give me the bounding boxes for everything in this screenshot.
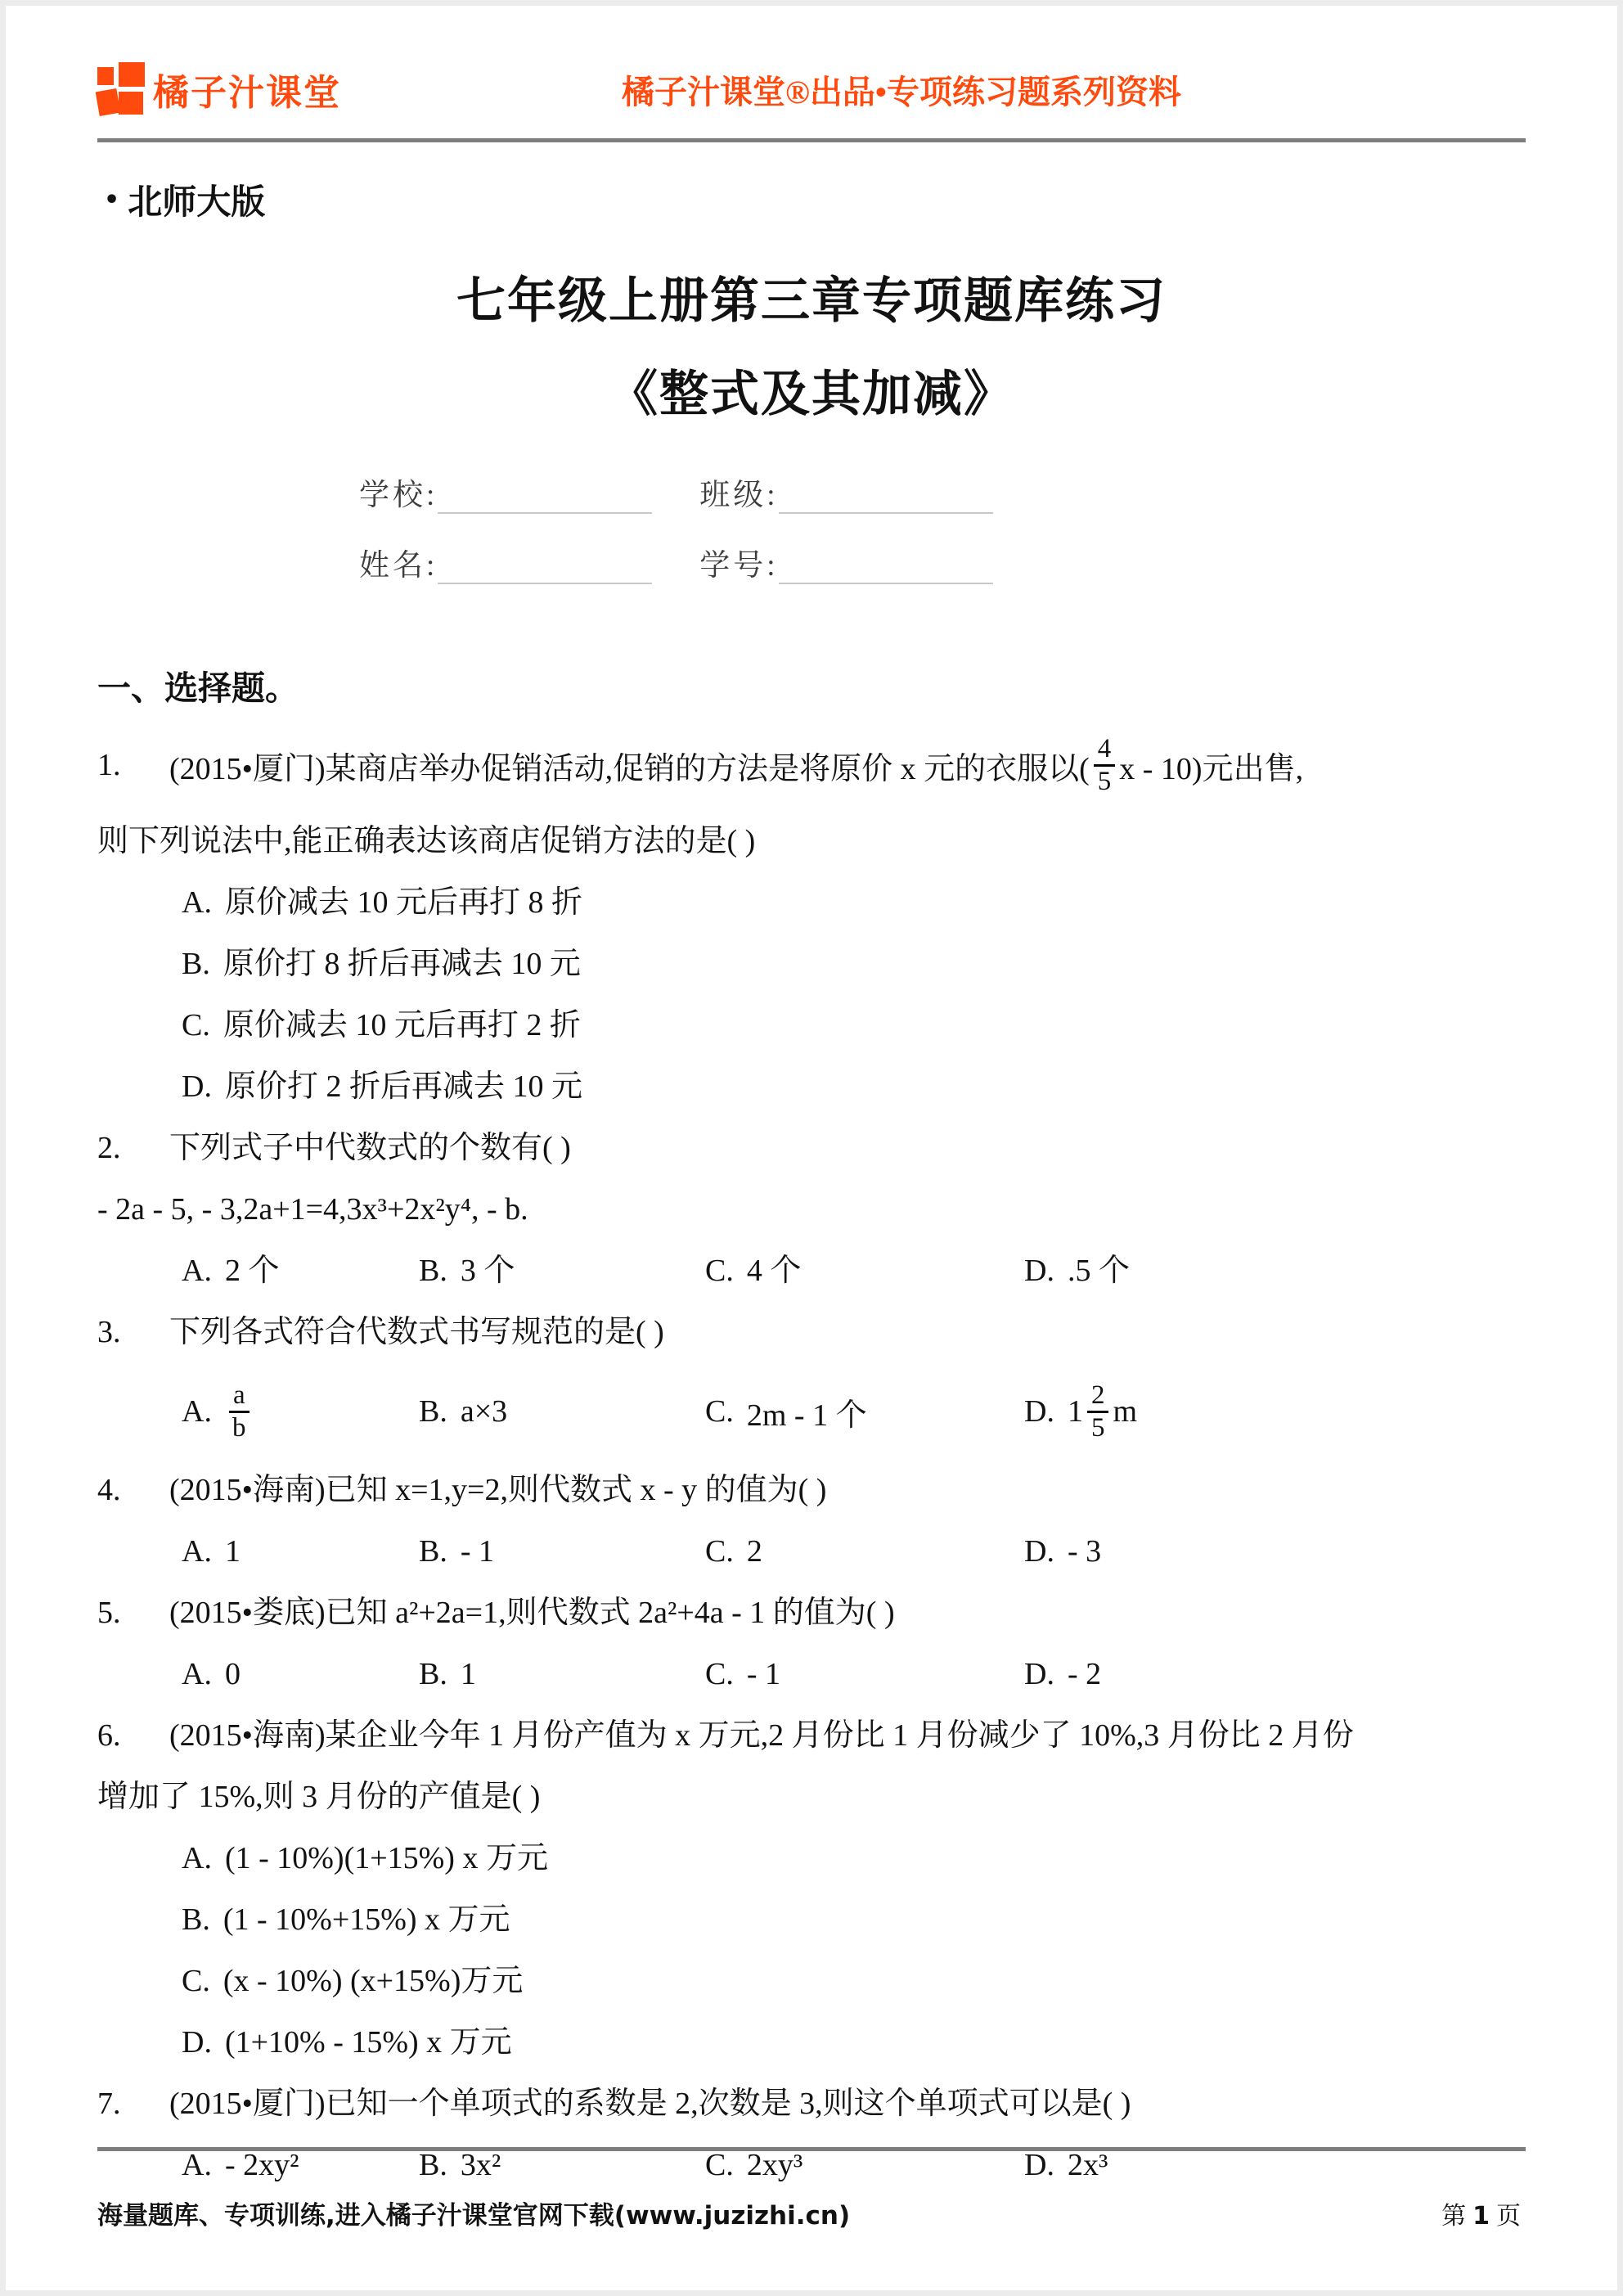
option-text: 原价减去 10 元后再打 2 折 <box>223 1008 581 1042</box>
question-7-option-d: D.2x³ <box>1024 2135 1108 2196</box>
option-label: B. <box>419 1254 447 1288</box>
option-text: 0 <box>225 1657 241 1691</box>
option-label: A. <box>182 1254 212 1288</box>
page-number: 第1页 <box>1441 2195 1521 2231</box>
student-id-field-blank <box>779 548 993 584</box>
question-4-option-c: C.2 <box>705 1521 1024 1582</box>
option-text: .5 个 <box>1068 1254 1130 1288</box>
option-text: 3 个 <box>461 1254 515 1288</box>
option-text: 2x³ <box>1068 2148 1108 2182</box>
question-1-option-b: B.原价打 8 折后再减去 10 元 <box>97 934 1526 995</box>
fraction-numerator: 4 <box>1094 734 1116 767</box>
question-2-option-c: C.4 个 <box>705 1240 1024 1302</box>
question-text: 下列式子中代数式的个数有( ) <box>169 1131 571 1165</box>
option-label: C. <box>182 1964 210 1998</box>
question-4-stem: 4.(2015•海南)已知 x=1,y=2,则代数式 x - y 的值为( ) <box>97 1460 1526 1521</box>
question-6-option-b: B.(1 - 10%+15%) x 万元 <box>97 1889 1526 1951</box>
option-label: A. <box>182 1657 212 1691</box>
page-header: 橘子汁课堂 橘子汁课堂®出品•专项练习题系列资料 <box>97 6 1526 124</box>
question-number: 3. <box>97 1302 169 1363</box>
question-5-option-d: D.- 2 <box>1024 1644 1101 1705</box>
edition-bullet-icon: • <box>104 186 119 214</box>
question-1-stem-line2: 则下列说法中,能正确表达该商店促销方法的是( ) <box>97 811 1526 872</box>
question-5-option-c: C.- 1 <box>705 1644 1024 1705</box>
question-5-stem: 5.(2015•娄底)已知 a²+2a=1,则代数式 2a²+4a - 1 的值… <box>97 1582 1526 1644</box>
option-text: a×3 <box>461 1393 507 1429</box>
section-heading: 一、选择题。 <box>97 658 1526 719</box>
option-text: 1 <box>461 1657 476 1691</box>
class-field-blank <box>779 478 993 514</box>
question-text: 下列各式符合代数式书写规范的是( ) <box>169 1315 664 1349</box>
question-6-stem-line2: 增加了 15%,则 3 月份的产值是( ) <box>97 1767 1526 1828</box>
question-number: 7. <box>97 2073 169 2135</box>
footer-note: 海量题库、专项训练,进入橘子汁课堂官网下载(www.juzizhi.cn) <box>97 2195 850 2231</box>
question-number: 2. <box>97 1118 169 1179</box>
header-tagline: 橘子汁课堂®出品•专项练习题系列资料 <box>622 66 1181 113</box>
mixed-number: 1 2 5 m <box>1068 1380 1137 1443</box>
question-6-option-c: C.(x - 10%) (x+15%)万元 <box>97 1951 1526 2012</box>
option-label: D. <box>1024 1254 1054 1288</box>
option-label: C. <box>705 1657 734 1691</box>
question-text: x - 10)元出售, <box>1119 743 1303 788</box>
option-text: - 3 <box>1068 1534 1101 1569</box>
question-text: (2015•海南)已知 x=1,y=2,则代数式 x - y 的值为( ) <box>169 1473 826 1507</box>
fraction-numerator: 2 <box>1087 1380 1109 1413</box>
logo-text: 橘子汁课堂 <box>153 63 341 115</box>
question-3-option-d: D. 1 2 5 m <box>1024 1380 1137 1443</box>
question-3-options: A. a b B.a×3 C.2m - 1 个 D. 1 2 5 m <box>97 1363 1526 1460</box>
option-label: D. <box>1024 2148 1054 2182</box>
question-4-options: A.1 B.- 1 C.2 D.- 3 <box>97 1521 1526 1582</box>
mixed-number-variable: m <box>1113 1393 1137 1429</box>
question-7-option-b: B.3x² <box>419 2135 705 2196</box>
doc-title-line1: 七年级上册第三章专项题库练习 <box>97 262 1526 332</box>
option-text: - 1 <box>747 1657 780 1691</box>
option-text: 4 个 <box>747 1254 802 1288</box>
option-label: A. <box>182 1393 212 1429</box>
question-4-option-d: D.- 3 <box>1024 1521 1101 1582</box>
question-1-option-a: A.原价减去 10 元后再打 8 折 <box>97 872 1526 934</box>
option-text: - 1 <box>461 1534 494 1569</box>
question-7-stem: 7.(2015•厦门)已知一个单项式的系数是 2,次数是 3,则这个单项式可以是… <box>97 2073 1526 2135</box>
option-text: - 2xy² <box>225 2148 299 2182</box>
option-text: - 2 <box>1068 1657 1101 1691</box>
option-label: D. <box>182 1069 212 1104</box>
option-label: B. <box>419 2148 447 2182</box>
option-text: 2 个 <box>225 1254 280 1288</box>
option-text: 1 <box>225 1534 241 1569</box>
question-3-option-b: B.a×3 <box>419 1393 705 1429</box>
question-5-options: A.0 B.1 C.- 1 D.- 2 <box>97 1644 1526 1705</box>
question-number: 6. <box>97 1705 169 1767</box>
question-3-option-a: A. a b <box>182 1380 419 1443</box>
option-label: A. <box>182 2148 212 2182</box>
fraction: 4 5 <box>1094 734 1116 797</box>
name-field-blank <box>438 548 652 584</box>
option-label: A. <box>182 1534 212 1569</box>
option-label: C. <box>705 1534 734 1569</box>
fraction: 2 5 <box>1087 1380 1109 1443</box>
option-text: (1 - 10%)(1+15%) x 万元 <box>225 1841 548 1875</box>
fraction: a b <box>229 1380 250 1443</box>
question-1-option-c: C.原价减去 10 元后再打 2 折 <box>97 995 1526 1056</box>
option-label: B. <box>419 1534 447 1569</box>
question-2-options: A.2 个 B.3 个 C.4 个 D..5 个 <box>97 1240 1526 1302</box>
school-field-label: 学校: <box>359 470 438 514</box>
question-2-stem: 2.下列式子中代数式的个数有( ) <box>97 1118 1526 1179</box>
option-text: (1+10% - 15%) x 万元 <box>225 2025 512 2060</box>
option-label: B. <box>182 947 210 981</box>
question-number: 4. <box>97 1460 169 1521</box>
option-label: A. <box>182 1841 212 1875</box>
question-number: 5. <box>97 1582 169 1644</box>
fraction-numerator: a <box>229 1380 250 1413</box>
option-text: 2m - 1 个 <box>747 1389 867 1434</box>
question-2-option-b: B.3 个 <box>419 1240 705 1302</box>
page-footer: 海量题库、专项训练,进入橘子汁课堂官网下载(www.juzizhi.cn) 第1… <box>97 2195 1521 2231</box>
footer-divider <box>97 2147 1526 2151</box>
question-1-option-d: D.原价打 2 折后再减去 10 元 <box>97 1056 1526 1118</box>
class-field-label: 班级: <box>699 470 778 514</box>
option-text: 原价打 2 折后再减去 10 元 <box>225 1069 582 1104</box>
student-id-field-label: 学号: <box>699 540 778 584</box>
option-text: 2 <box>747 1534 762 1569</box>
form-row-2: 姓名: 学号: <box>359 540 1526 584</box>
option-text: (1 - 10%+15%) x 万元 <box>223 1902 510 1937</box>
option-label: D. <box>1024 1393 1054 1429</box>
option-label: D. <box>1024 1534 1054 1569</box>
page-number-suffix: 页 <box>1496 2203 1521 2230</box>
edition-label: • 北师大版 <box>97 175 1526 224</box>
school-field-blank <box>438 478 652 514</box>
question-7-option-c: C.2xy³ <box>705 2135 1024 2196</box>
doc-title-line2: 《整式及其加减》 <box>97 355 1526 425</box>
option-label: D. <box>182 2025 212 2060</box>
question-1-stem: 1. (2015•厦门)某商店举办促销活动,促销的方法是将原价 x 元的衣服以(… <box>97 719 1526 811</box>
question-3-option-c: C.2m - 1 个 <box>705 1389 1024 1434</box>
document-page: 橘子汁课堂 橘子汁课堂®出品•专项练习题系列资料 • 北师大版 七年级上册第三章… <box>6 6 1617 2290</box>
option-text: (x - 10%) (x+15%)万元 <box>223 1964 524 1998</box>
question-4-option-a: A.1 <box>182 1521 419 1582</box>
option-label: B. <box>182 1902 210 1937</box>
question-7-option-a: A.- 2xy² <box>182 2135 419 2196</box>
question-2-option-d: D..5 个 <box>1024 1240 1130 1302</box>
question-2-option-a: A.2 个 <box>182 1240 419 1302</box>
option-text: 2xy³ <box>747 2148 803 2182</box>
question-6-option-a: A.(1 - 10%)(1+15%) x 万元 <box>97 1828 1526 1889</box>
option-text: 原价打 8 折后再减去 10 元 <box>223 947 581 981</box>
question-text: (2015•海南)某企业今年 1 月份产值为 x 万元,2 月份比 1 月份减少… <box>169 1718 1354 1753</box>
brand-logo: 橘子汁课堂 <box>97 62 341 116</box>
header-divider <box>97 138 1526 142</box>
fraction-denominator: 5 <box>1096 767 1113 797</box>
mixed-number-integer: 1 <box>1068 1393 1083 1429</box>
edition-text: 北师大版 <box>128 175 265 224</box>
form-row-1: 学校: 班级: <box>359 470 1526 514</box>
question-2-expression: - 2a - 5, - 3,2a+1=4,3x³+2x²y⁴, - b. <box>97 1179 1526 1240</box>
option-label: C. <box>705 1393 734 1429</box>
student-info-form: 学校: 班级: 姓名: 学号: <box>359 470 1526 584</box>
option-label: C. <box>705 1254 734 1288</box>
option-label: D. <box>1024 1657 1054 1691</box>
question-number: 1. <box>97 747 169 783</box>
question-4-option-b: B.- 1 <box>419 1521 705 1582</box>
question-text: (2015•娄底)已知 a²+2a=1,则代数式 2a²+4a - 1 的值为(… <box>169 1596 895 1630</box>
question-5-option-a: A.0 <box>182 1644 419 1705</box>
fraction-denominator: 5 <box>1090 1413 1107 1443</box>
option-label: B. <box>419 1657 447 1691</box>
question-3-stem: 3.下列各式符合代数式书写规范的是( ) <box>97 1302 1526 1363</box>
option-label: C. <box>182 1008 210 1042</box>
option-label: A. <box>182 885 212 920</box>
question-6-stem-line1: 6.(2015•海南)某企业今年 1 月份产值为 x 万元,2 月份比 1 月份… <box>97 1705 1526 1767</box>
fraction-denominator: b <box>231 1413 248 1443</box>
question-5-option-b: B.1 <box>419 1644 705 1705</box>
question-6-option-d: D.(1+10% - 15%) x 万元 <box>97 2012 1526 2073</box>
logo-icon <box>97 62 145 116</box>
name-field-label: 姓名: <box>359 540 438 584</box>
option-label: C. <box>705 2148 734 2182</box>
question-text: (2015•厦门)某商店举办促销活动,促销的方法是将原价 x 元的衣服以( <box>169 743 1090 788</box>
option-label: B. <box>419 1393 447 1429</box>
option-text: 3x² <box>461 2148 501 2182</box>
page-number-value: 1 <box>1466 2202 1496 2231</box>
page-number-prefix: 第 <box>1441 2203 1466 2230</box>
question-7-options: A.- 2xy² B.3x² C.2xy³ D.2x³ <box>97 2135 1526 2196</box>
option-text: 原价减去 10 元后再打 8 折 <box>225 885 582 920</box>
question-text: (2015•厦门)已知一个单项式的系数是 2,次数是 3,则这个单项式可以是( … <box>169 2087 1131 2121</box>
